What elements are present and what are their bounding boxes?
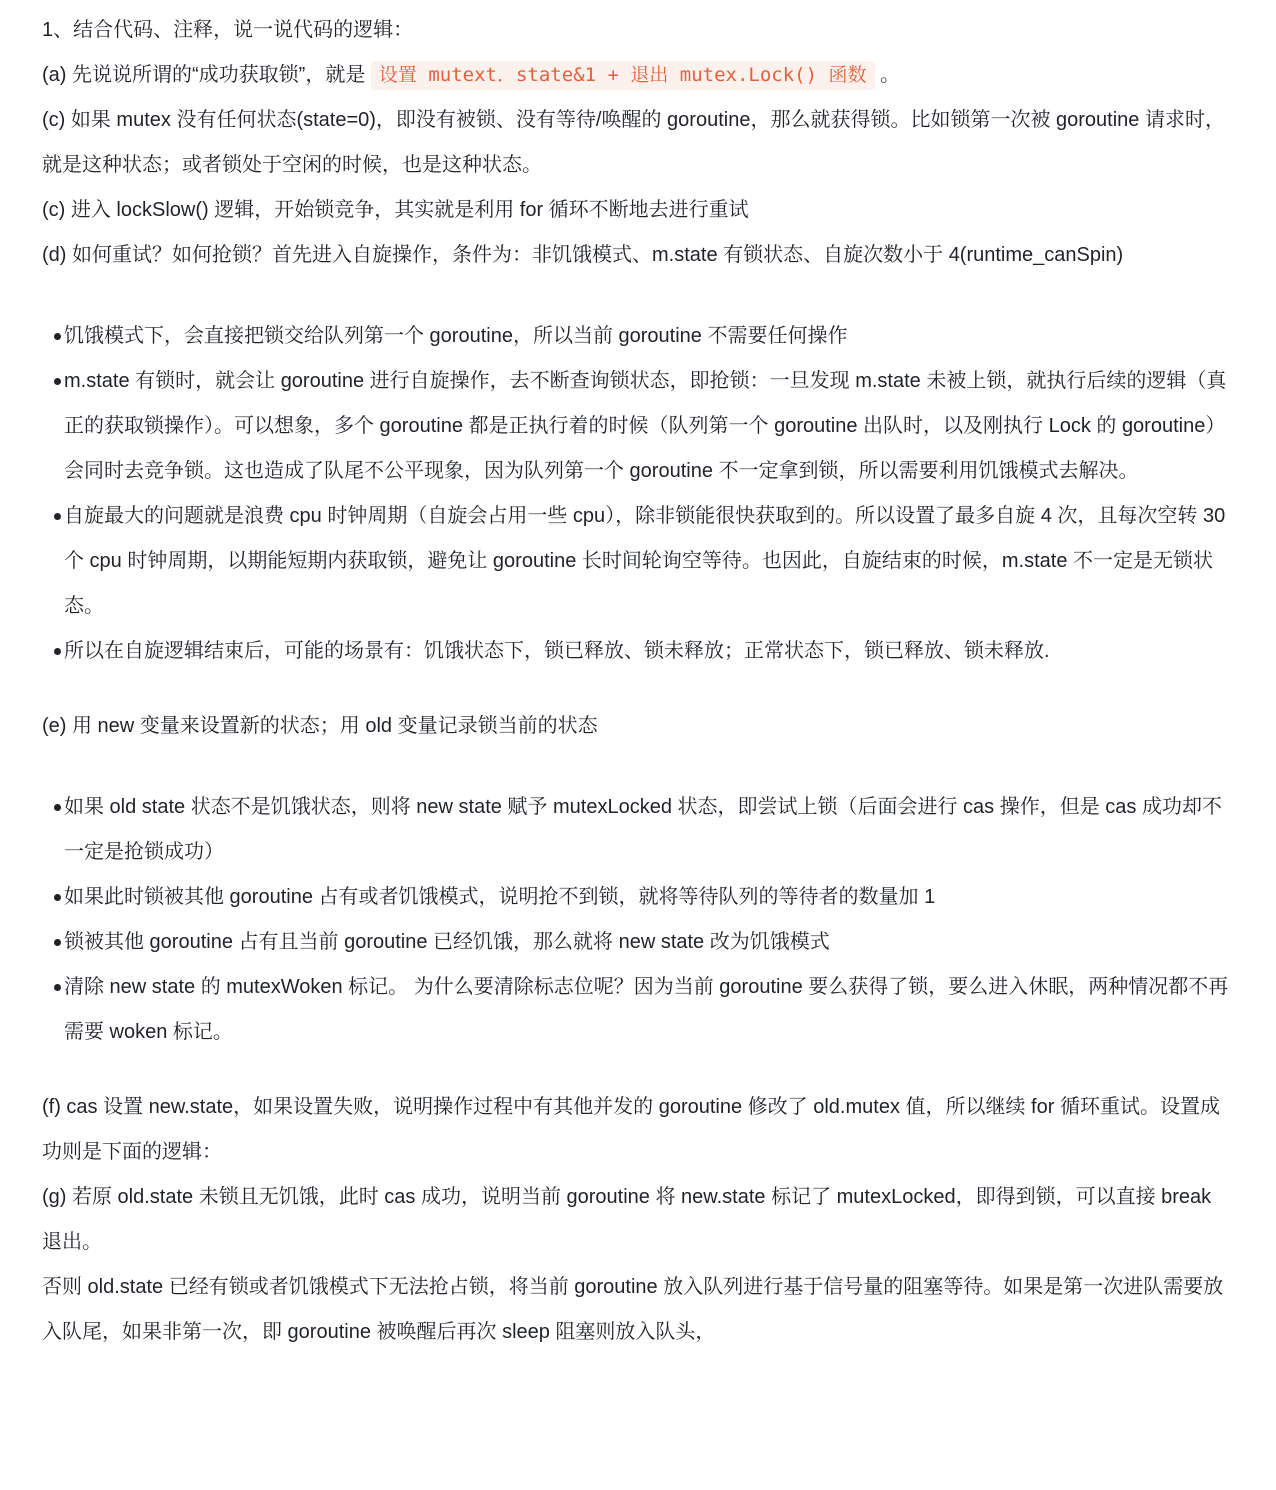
point-a-paragraph: (a) 先说说所谓的“成功获取锁”，就是 设置 mutext．state&1 +…	[42, 53, 1234, 98]
point-f-paragraph: (f) cas 设置 new.state，如果设置失败，说明操作过程中有其他并发…	[42, 1085, 1234, 1175]
list-item: 如果此时锁被其他 goroutine 占有或者饥饿模式，说明抢不到锁，就将等待队…	[42, 875, 1234, 920]
list-item: 自旋最大的问题就是浪费 cpu 时钟周期（自旋会占用一些 cpu），除非锁能很快…	[42, 494, 1234, 629]
point-g-paragraph: (g) 若原 old.state 未锁且无饥饿，此时 cas 成功，说明当前 g…	[42, 1175, 1234, 1265]
point-d-paragraph: (d) 如何重试？如何抢锁？首先进入自旋操作，条件为：非饥饿模式、m.state…	[42, 233, 1234, 278]
document-body: 1、结合代码、注释，说一说代码的逻辑： (a) 先说说所谓的“成功获取锁”，就是…	[0, 0, 1276, 1355]
point-else-paragraph: 否则 old.state 已经有锁或者饥饿模式下无法抢占锁，将当前 gorout…	[42, 1265, 1234, 1355]
list-item: m.state 有锁时，就会让 goroutine 进行自旋操作，去不断查询锁状…	[42, 359, 1234, 494]
point-a-text-pre: (a) 先说说所谓的“成功获取锁”，就是	[42, 64, 371, 86]
point-e-paragraph: (e) 用 new 变量来设置新的状态；用 old 变量记录锁当前的状态	[42, 704, 1234, 749]
list-item: 锁被其他 goroutine 占有且当前 goroutine 已经饥饿，那么就将…	[42, 920, 1234, 965]
intro-paragraph: 1、结合代码、注释，说一说代码的逻辑：	[42, 8, 1234, 53]
point-c2-paragraph: (c) 进入 lockSlow() 逻辑，开始锁竞争，其实就是利用 for 循环…	[42, 188, 1234, 233]
inline-code-chip: 设置 mutext．state&1 + 退出 mutex.Lock() 函数	[371, 61, 875, 90]
list-item: 饥饿模式下，会直接把锁交给队列第一个 goroutine，所以当前 gorout…	[42, 314, 1234, 359]
list-item: 如果 old state 状态不是饥饿状态，则将 new state 赋予 mu…	[42, 785, 1234, 875]
state-bullet-list: 如果 old state 状态不是饥饿状态，则将 new state 赋予 mu…	[42, 785, 1234, 1055]
point-a-text-post: 。	[875, 64, 901, 86]
spin-bullet-list: 饥饿模式下，会直接把锁交给队列第一个 goroutine，所以当前 gorout…	[42, 314, 1234, 674]
list-item: 清除 new state 的 mutexWoken 标记。 为什么要清除标志位呢…	[42, 965, 1234, 1055]
list-item: 所以在自旋逻辑结束后，可能的场景有：饥饿状态下，锁已释放、锁未释放；正常状态下，…	[42, 629, 1234, 674]
point-c1-paragraph: (c) 如果 mutex 没有任何状态(state=0)，即没有被锁、没有等待/…	[42, 98, 1234, 188]
